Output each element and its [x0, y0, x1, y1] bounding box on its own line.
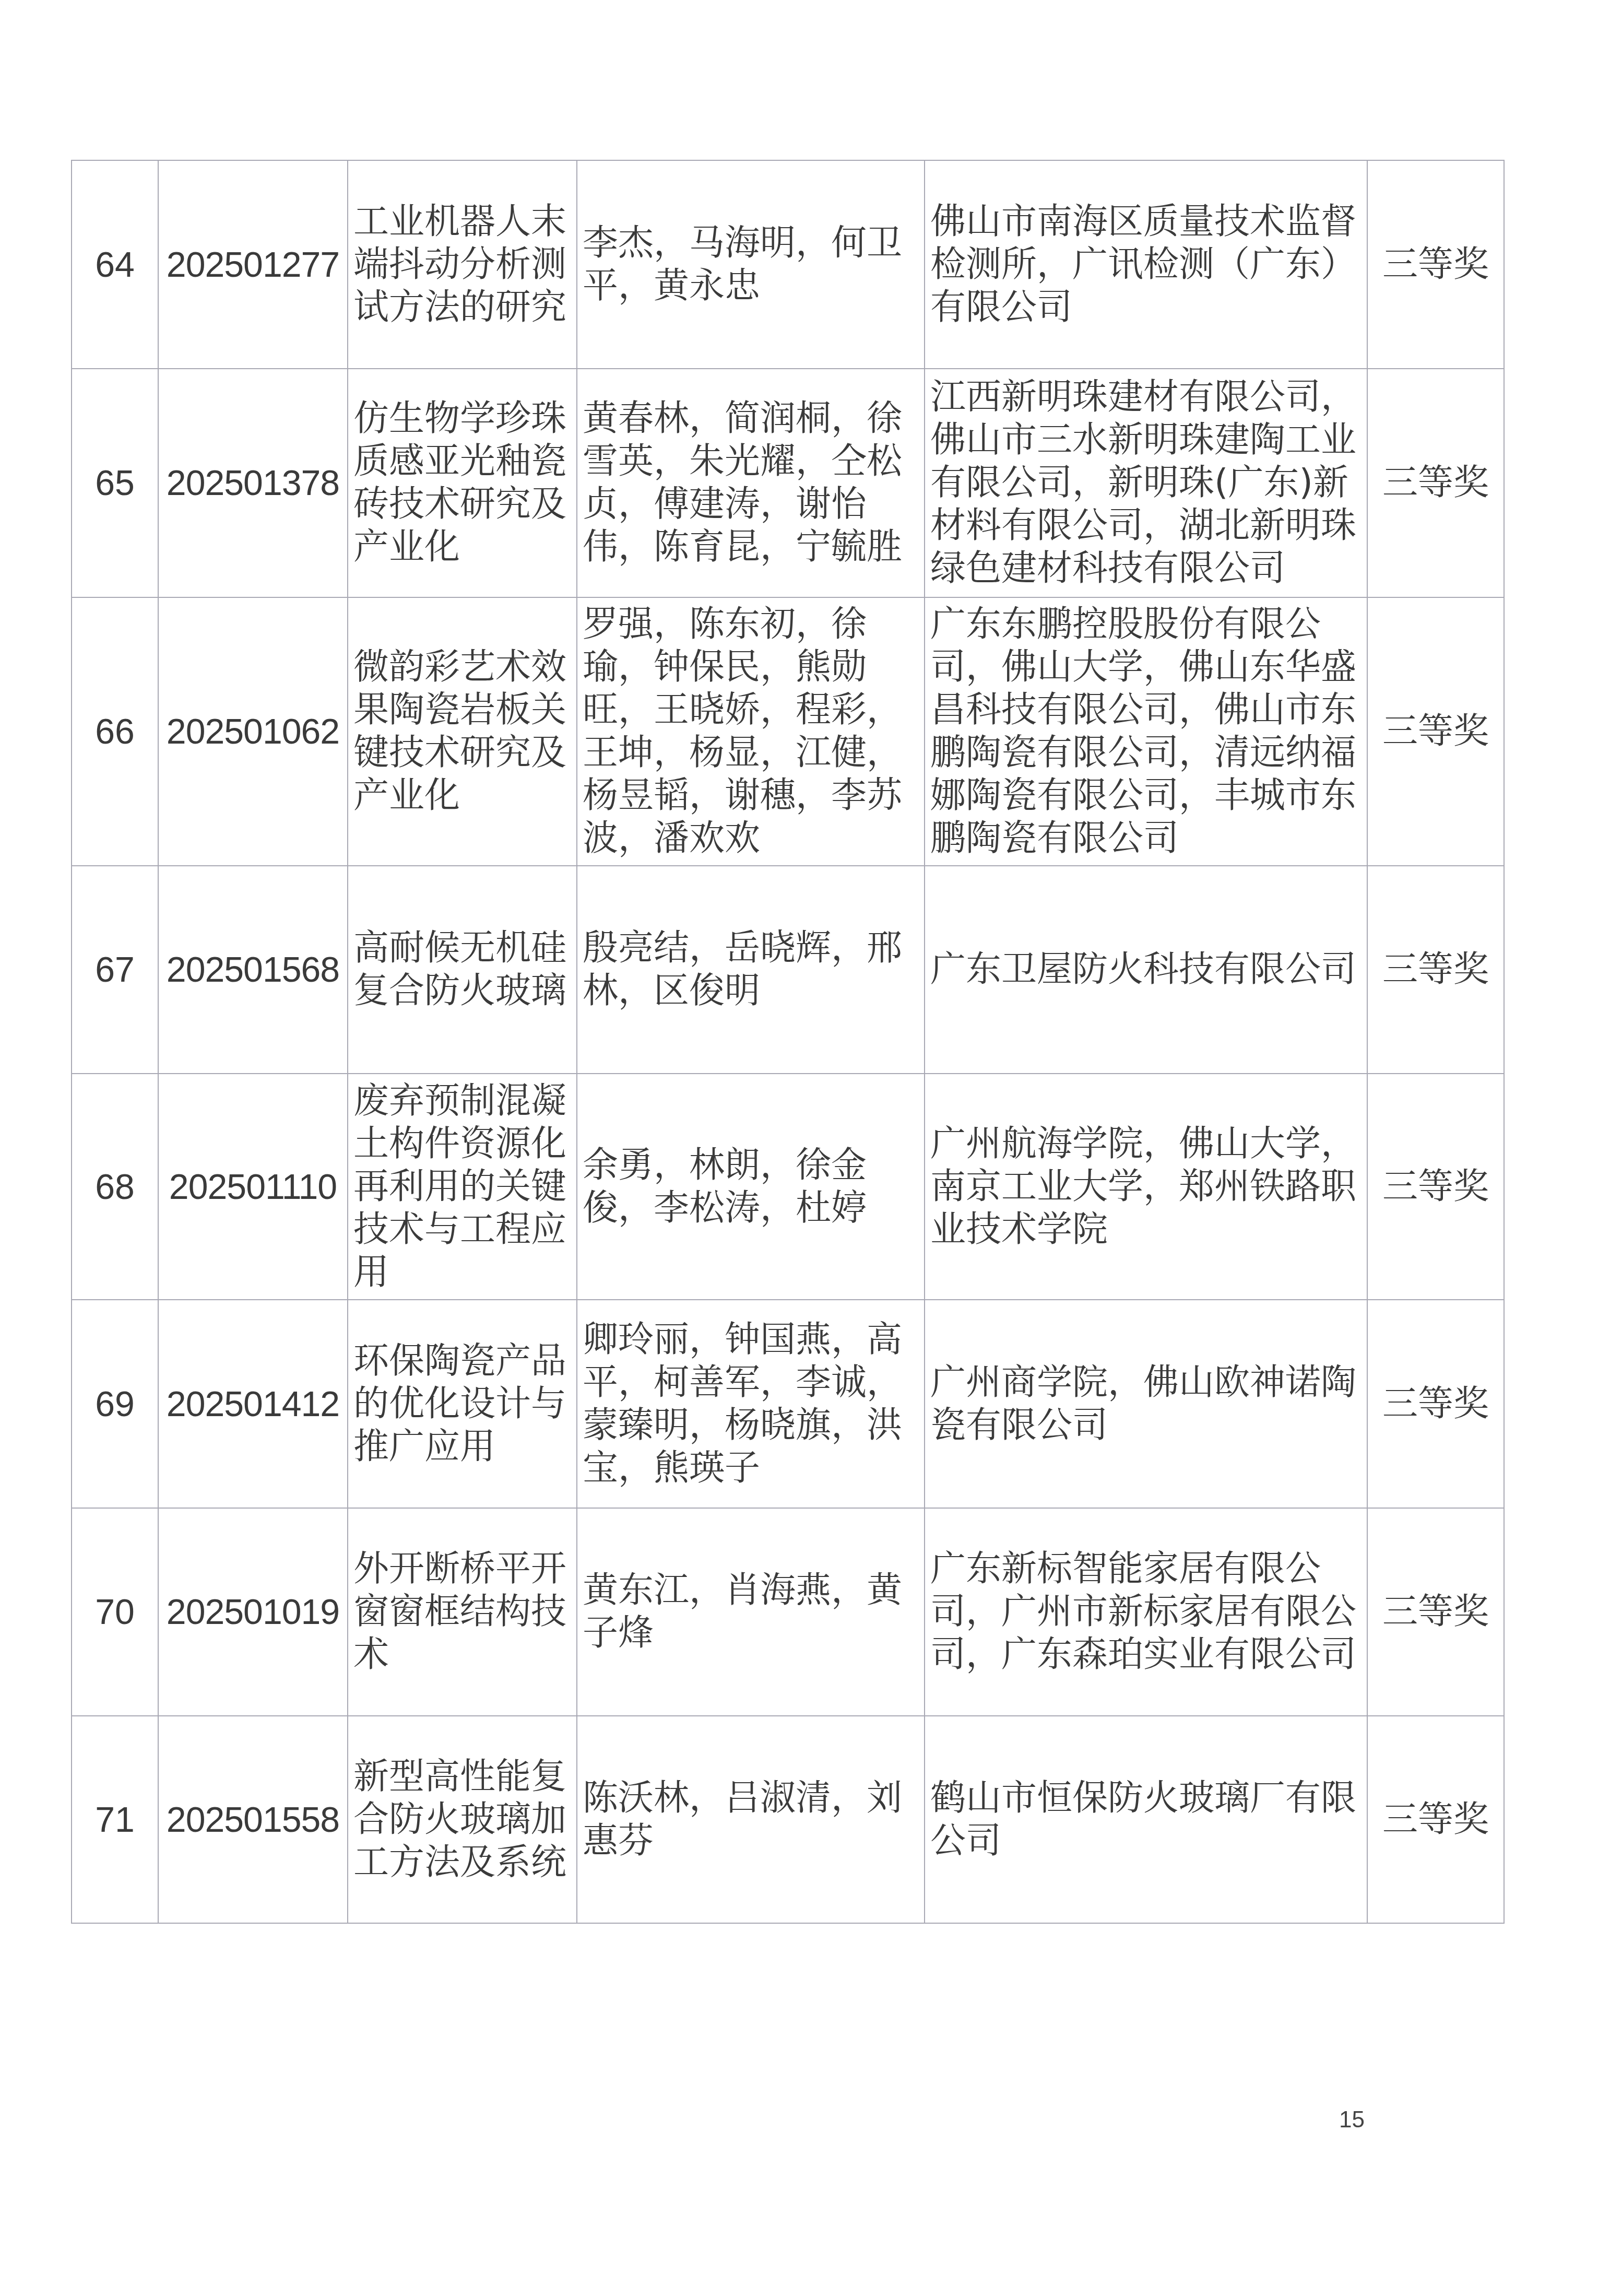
row-number: 65	[72, 369, 158, 597]
project-organizations: 佛山市南海区质量技术监督检测所，广讯检测（广东）有限公司	[925, 160, 1367, 369]
table-row: 67 202501568 高耐候无机硅复合防火玻璃 殷亮结，岳晓辉，邢林，区俊明…	[72, 866, 1504, 1074]
project-people: 黄春林，简润桐，徐雪英，朱光耀，仝松贞，傅建涛，谢怡伟，陈育昆，宁毓胜	[577, 369, 925, 597]
project-people: 陈沃林，吕淑清，刘惠芬	[577, 1716, 925, 1923]
project-people: 殷亮结，岳晓辉，邢林，区俊明	[577, 866, 925, 1074]
project-title: 工业机器人末端抖动分析测试方法的研究	[348, 160, 577, 369]
row-number: 67	[72, 866, 158, 1074]
row-number: 66	[72, 597, 158, 866]
project-people: 黄东江，肖海燕，黄子烽	[577, 1508, 925, 1716]
project-id: 202501378	[158, 369, 348, 597]
project-id: 202501110	[158, 1074, 348, 1300]
project-organizations: 鹤山市恒保防火玻璃厂有限公司	[925, 1716, 1367, 1923]
table-row: 69 202501412 环保陶瓷产品的优化设计与推广应用 卿玲丽，钟国燕，高平…	[72, 1300, 1504, 1508]
project-id: 202501412	[158, 1300, 348, 1508]
award-level: 三等奖	[1367, 160, 1504, 369]
project-title: 新型高性能复合防火玻璃加工方法及系统	[348, 1716, 577, 1923]
project-title: 外开断桥平开窗窗框结构技术	[348, 1508, 577, 1716]
project-people: 罗强，陈东初，徐瑜，钟保民，熊勋旺，王晓娇，程彩，王坤，杨显，江健，杨昱韬，谢穗…	[577, 597, 925, 866]
project-title: 仿生物学珍珠质感亚光釉瓷砖技术研究及产业化	[348, 369, 577, 597]
row-number: 69	[72, 1300, 158, 1508]
project-title: 废弃预制混凝土构件资源化再利用的关键技术与工程应用	[348, 1074, 577, 1300]
project-id: 202501019	[158, 1508, 348, 1716]
project-id: 202501277	[158, 160, 348, 369]
award-level: 三等奖	[1367, 1716, 1504, 1923]
project-organizations: 广东卫屋防火科技有限公司	[925, 866, 1367, 1074]
award-level: 三等奖	[1367, 1508, 1504, 1716]
table-row: 66 202501062 微韵彩艺术效果陶瓷岩板关键技术研究及产业化 罗强，陈东…	[72, 597, 1504, 866]
project-people: 李杰，马海明，何卫平，黄永忠	[577, 160, 925, 369]
row-number: 64	[72, 160, 158, 369]
awards-table: 64 202501277 工业机器人末端抖动分析测试方法的研究 李杰，马海明，何…	[71, 160, 1505, 1924]
page-number: 15	[1339, 2107, 1365, 2133]
project-organizations: 江西新明珠建材有限公司，佛山市三水新明珠建陶工业有限公司，新明珠(广东)新材料有…	[925, 369, 1367, 597]
project-people: 卿玲丽，钟国燕，高平，柯善军，李诚，蒙臻明，杨晓旗，洪宝，熊瑛子	[577, 1300, 925, 1508]
table-row: 64 202501277 工业机器人末端抖动分析测试方法的研究 李杰，马海明，何…	[72, 160, 1504, 369]
award-level: 三等奖	[1367, 866, 1504, 1074]
table-row: 71 202501558 新型高性能复合防火玻璃加工方法及系统 陈沃林，吕淑清，…	[72, 1716, 1504, 1923]
table-row: 65 202501378 仿生物学珍珠质感亚光釉瓷砖技术研究及产业化 黄春林，简…	[72, 369, 1504, 597]
project-title: 环保陶瓷产品的优化设计与推广应用	[348, 1300, 577, 1508]
table-row: 70 202501019 外开断桥平开窗窗框结构技术 黄东江，肖海燕，黄子烽 广…	[72, 1508, 1504, 1716]
project-organizations: 广东东鹏控股股份有限公司，佛山大学，佛山东华盛昌科技有限公司，佛山市东鹏陶瓷有限…	[925, 597, 1367, 866]
project-organizations: 广州商学院，佛山欧神诺陶瓷有限公司	[925, 1300, 1367, 1508]
award-level: 三等奖	[1367, 1300, 1504, 1508]
project-organizations: 广州航海学院，佛山大学，南京工业大学，郑州铁路职业技术学院	[925, 1074, 1367, 1300]
project-title: 微韵彩艺术效果陶瓷岩板关键技术研究及产业化	[348, 597, 577, 866]
row-number: 71	[72, 1716, 158, 1923]
award-level: 三等奖	[1367, 597, 1504, 866]
table-row: 68 202501110 废弃预制混凝土构件资源化再利用的关键技术与工程应用 余…	[72, 1074, 1504, 1300]
row-number: 70	[72, 1508, 158, 1716]
project-id: 202501062	[158, 597, 348, 866]
award-level: 三等奖	[1367, 1074, 1504, 1300]
row-number: 68	[72, 1074, 158, 1300]
award-level: 三等奖	[1367, 369, 1504, 597]
project-id: 202501568	[158, 866, 348, 1074]
project-people: 余勇，林朗，徐金俊，李松涛，杜婷	[577, 1074, 925, 1300]
project-id: 202501558	[158, 1716, 348, 1923]
project-title: 高耐候无机硅复合防火玻璃	[348, 866, 577, 1074]
project-organizations: 广东新标智能家居有限公司，广州市新标家居有限公司，广东森珀实业有限公司	[925, 1508, 1367, 1716]
